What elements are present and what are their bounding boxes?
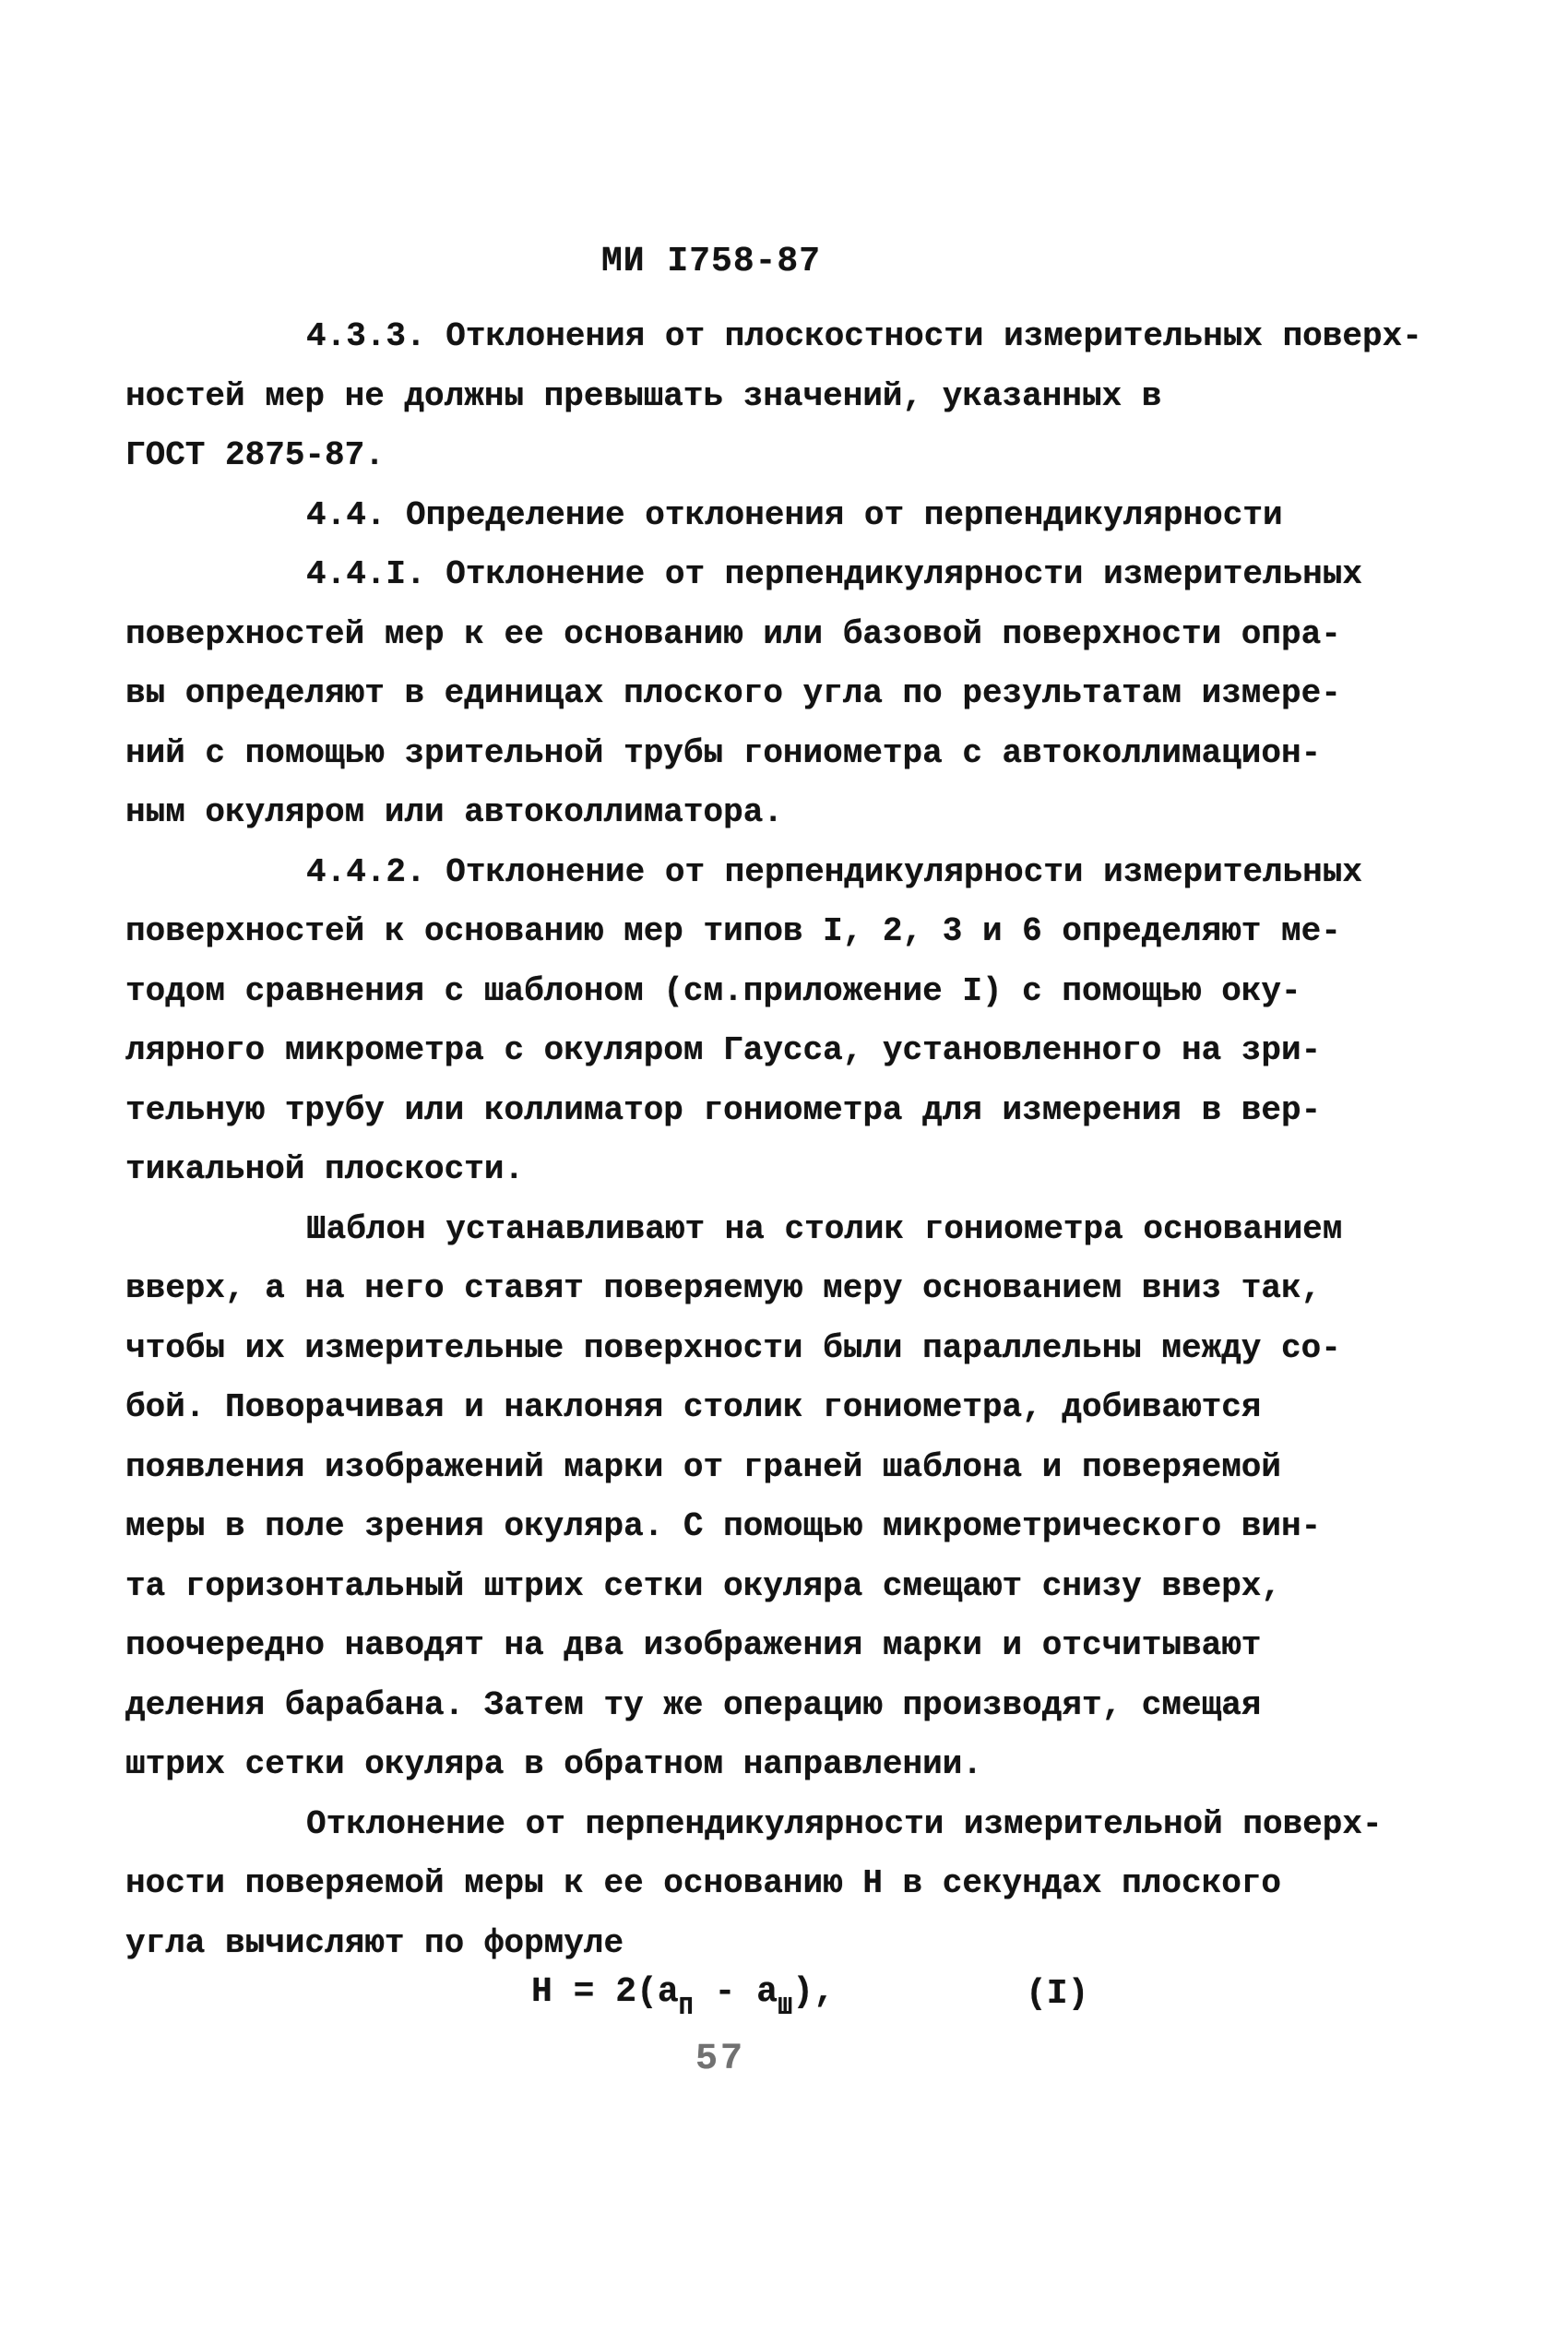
text-line: ности поверяемой меры к ее основанию Н в…	[125, 1857, 1491, 1917]
text-line: 4.4. Определение отклонения от перпендик…	[125, 489, 1491, 549]
text-line: 4.4.I. Отклонение от перпендикулярности …	[125, 548, 1491, 608]
formula-minus: - а	[694, 1972, 778, 2012]
text-line: 4.4.2. Отклонение от перпендикулярности …	[125, 846, 1491, 906]
text-line: Шаблон устанавливают на столик гониометр…	[125, 1203, 1491, 1263]
equation-number: (I)	[1026, 1974, 1088, 2014]
text-line: ГОСТ 2875-87.	[125, 429, 1491, 489]
formula-subscript-p: П	[679, 1994, 694, 2022]
text-line: угла вычисляют по формуле	[125, 1917, 1491, 1977]
text-line: появления изображений марки от граней ша…	[125, 1441, 1491, 1501]
text-line: бой. Поворачивая и наклоняя столик гонио…	[125, 1381, 1491, 1441]
text-line: тикальной плоскости.	[125, 1143, 1491, 1203]
formula-tail: ),	[792, 1972, 835, 2012]
text-line: тодом сравнения с шаблоном (см.приложени…	[125, 965, 1491, 1025]
text-line: та горизонтальный штрих сетки окуляра см…	[125, 1560, 1491, 1620]
formula-row: Н = 2(аП - аШ), (I)	[125, 1972, 1491, 2046]
text-line: штрих сетки окуляра в обратном направлен…	[125, 1738, 1491, 1798]
text-line: деления барабана. Затем ту же операцию п…	[125, 1679, 1491, 1739]
text-line: поверхностей к основанию мер типов I, 2,…	[125, 905, 1491, 965]
text-line: ний с помощью зрительной трубы гониометр…	[125, 727, 1491, 787]
formula-subscript-sh: Ш	[778, 1994, 792, 2022]
text-line: вверх, а на него ставят поверяемую меру …	[125, 1262, 1491, 1322]
formula-expression: Н = 2(аП - аШ),	[531, 1972, 835, 2012]
text-line: поверхностей мер к ее основанию или базо…	[125, 608, 1491, 668]
page-number: 57	[695, 2039, 745, 2080]
text-line: поочередно наводят на два изображения ма…	[125, 1619, 1491, 1679]
text-line: чтобы их измерительные поверхности были …	[125, 1322, 1491, 1382]
text-line: вы определяют в единицах плоского угла п…	[125, 667, 1491, 727]
text-line: 4.3.3. Отклонения от плоскостности измер…	[125, 310, 1491, 370]
text-line: ным окуляром или автоколлиматора.	[125, 786, 1491, 846]
document-body: 4.3.3. Отклонения от плоскостности измер…	[125, 310, 1491, 1976]
formula-lhs: Н = 2(а	[531, 1972, 679, 2012]
text-line: меры в поле зрения окуляра. С помощью ми…	[125, 1500, 1491, 1560]
text-line: ностей мер не должны превышать значений,…	[125, 370, 1491, 430]
text-line: Отклонение от перпендикулярности измерит…	[125, 1798, 1491, 1858]
text-line: тельную трубу или коллиматор гониометра …	[125, 1084, 1491, 1144]
text-line: лярного микрометра с окуляром Гаусса, ус…	[125, 1024, 1491, 1084]
scanned-document-page: МИ I758-87 4.3.3. Отклонения от плоскост…	[0, 0, 1568, 2332]
document-header: МИ I758-87	[601, 242, 821, 281]
